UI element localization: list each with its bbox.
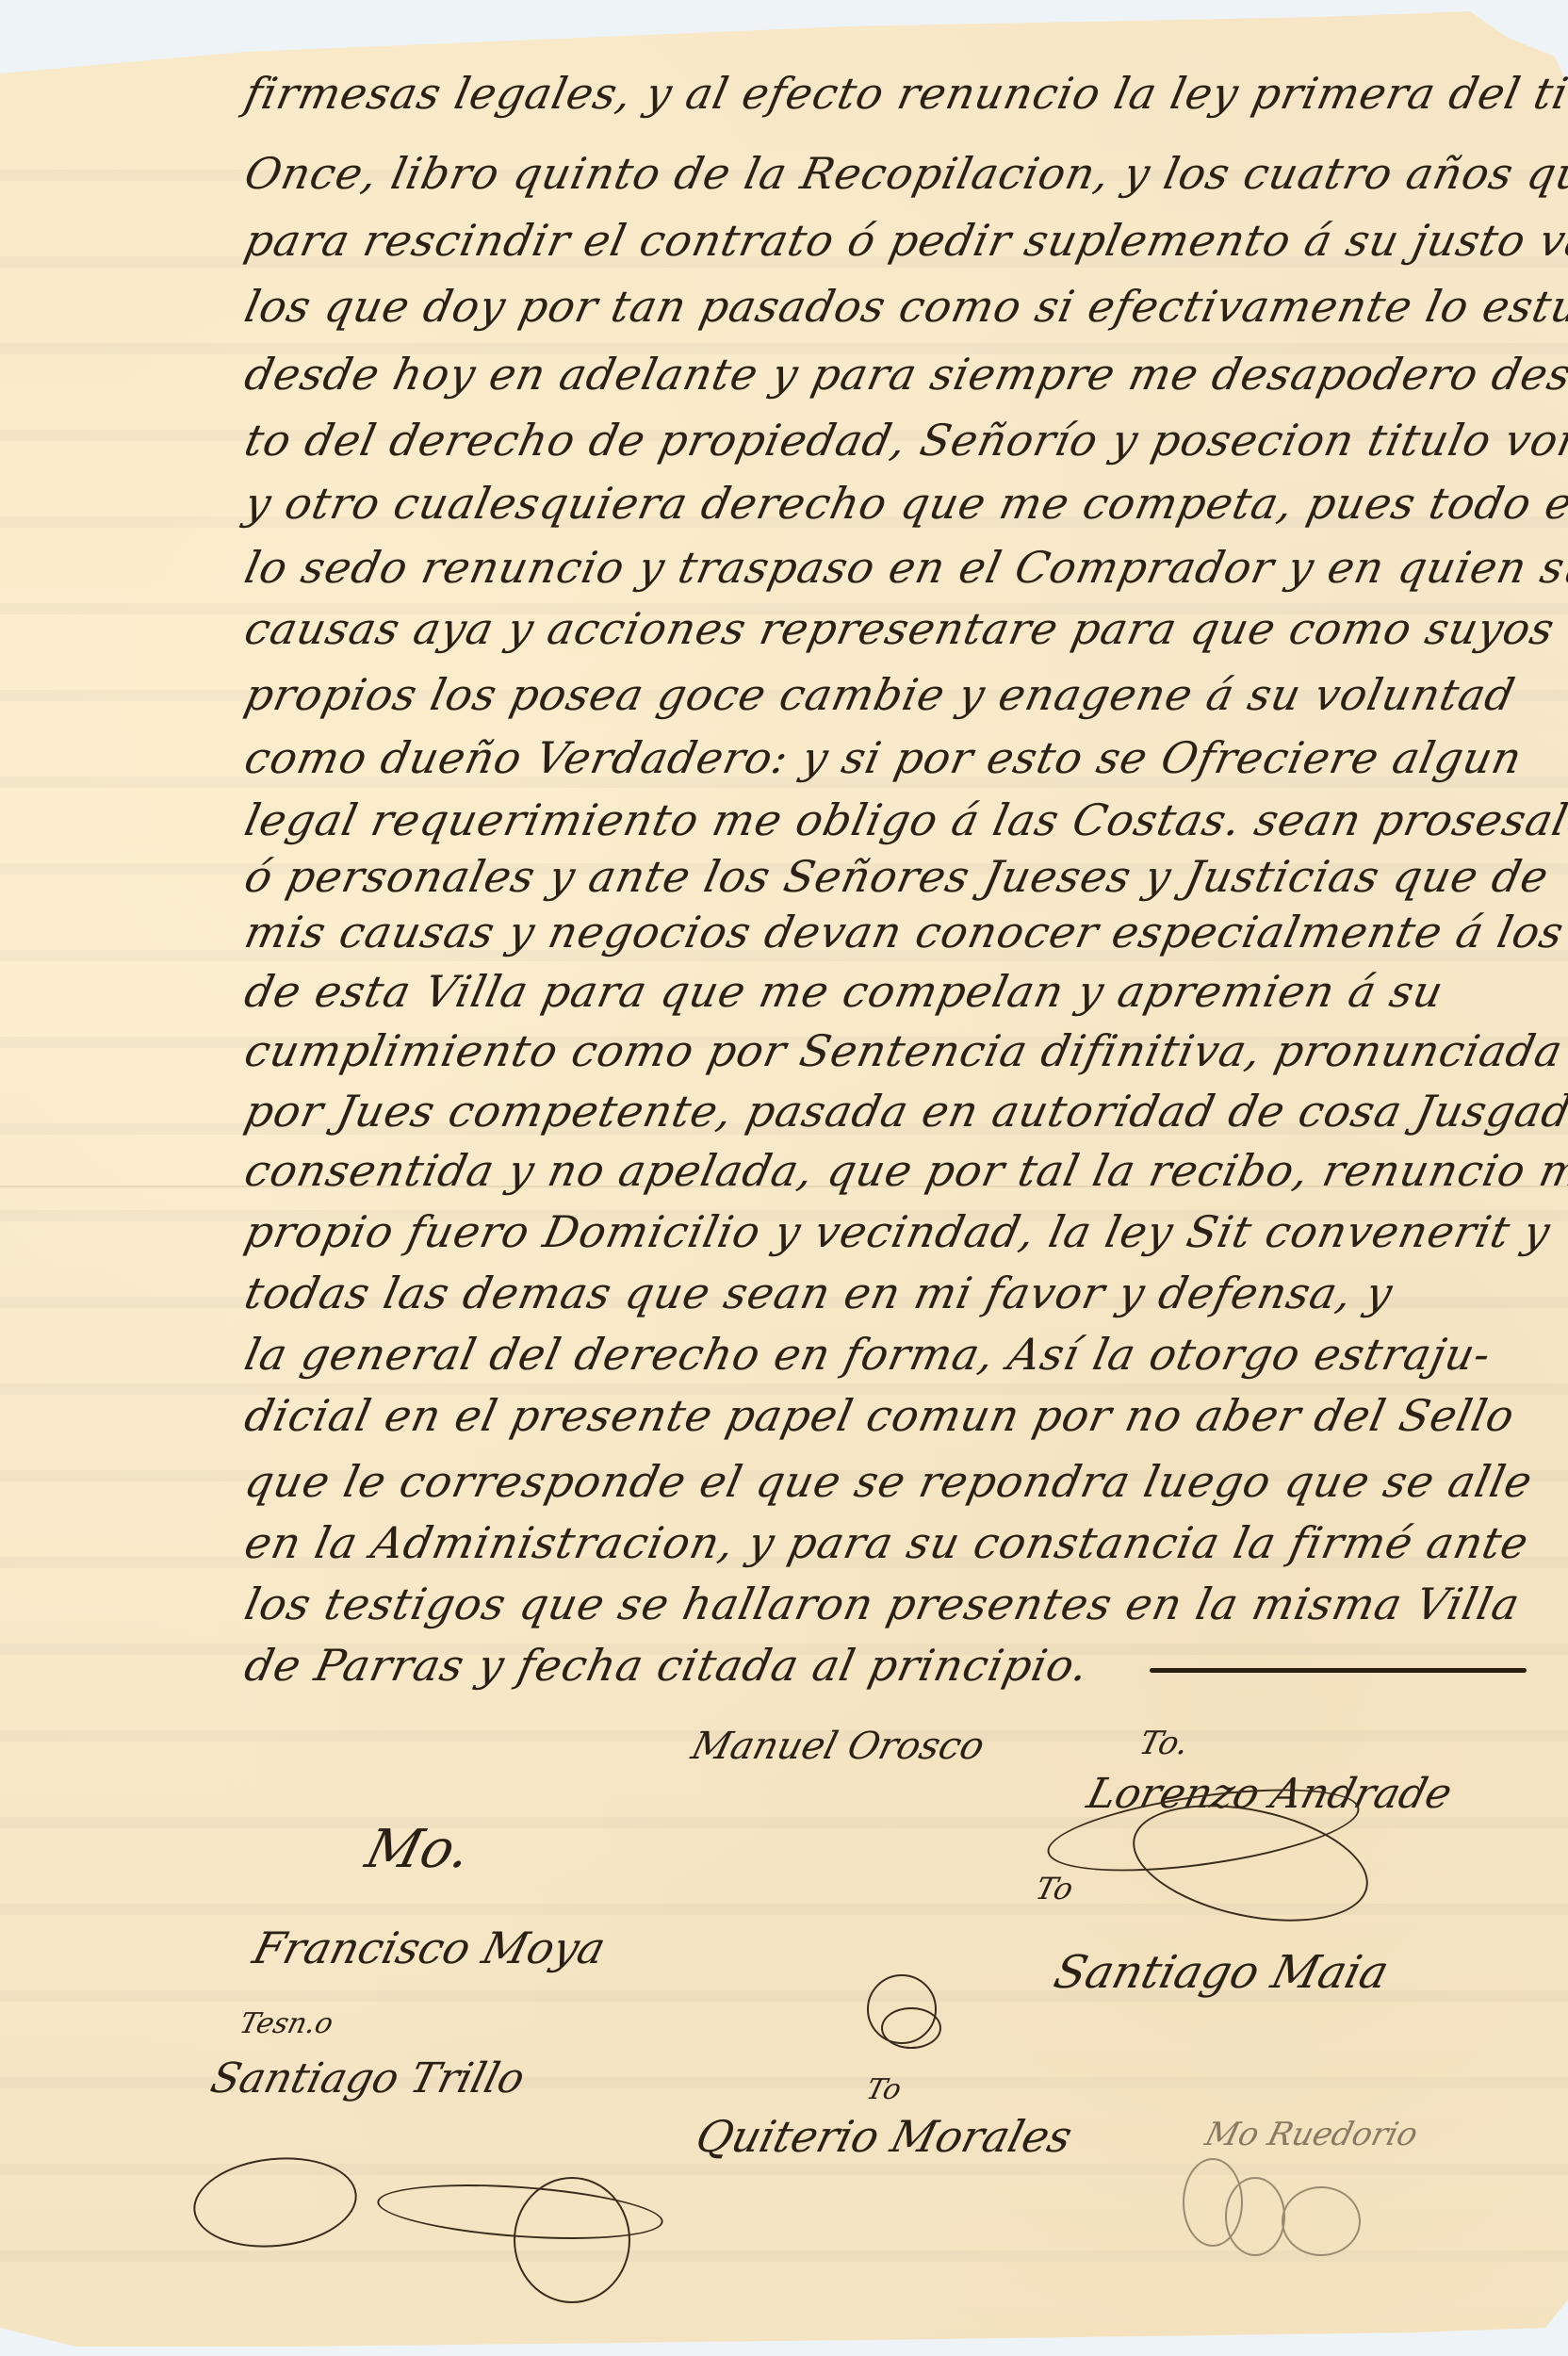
body-line: los que doy por tan pasados como si efec… <box>240 281 1568 332</box>
body-line: por Jues competente, pasada en autoridad… <box>240 1086 1568 1137</box>
body-line: todas las demas que sean en mi favor y d… <box>240 1268 1397 1318</box>
body-line: para rescindir el contrato ó pedir suple… <box>240 215 1568 266</box>
signature-prefix: Mo. <box>360 1819 477 1880</box>
body-line: propio fuero Domicilio y vecindad, la le… <box>240 1206 1555 1257</box>
signature-santiago-trillo: Santiago Trillo <box>206 2054 530 2102</box>
body-line: como dueño Verdadero: y si por esto se O… <box>240 732 1527 783</box>
body-line: cumplimiento como por Sentencia difiniti… <box>240 1025 1568 1076</box>
body-line: firmesas legales, y al efecto renuncio l… <box>240 68 1568 119</box>
signature-prefix: Tesn.o <box>237 2007 336 2040</box>
body-line: ó personales y ante los Señores Jueses y… <box>240 851 1554 902</box>
body-line: de Parras y fecha citada al principio. <box>240 1640 1094 1691</box>
closing-rule <box>1150 1668 1527 1673</box>
body-line: to del derecho de propiedad, Señorío y p… <box>240 415 1568 466</box>
signature-prefix: To. <box>1135 1725 1193 1762</box>
body-line: los testigos que se hallaron presentes e… <box>240 1579 1525 1629</box>
body-line: consentida y no apelada, que por tal la … <box>240 1145 1568 1196</box>
rubric-flourish <box>1225 2177 1285 2256</box>
body-line: legal requerimiento me obligo á las Cost… <box>240 794 1568 845</box>
body-line: lo sedo renuncio y traspaso en el Compra… <box>240 542 1568 593</box>
signature-manuel-orosco: Manuel Orosco <box>687 1725 988 1768</box>
body-line: causas aya y acciones representare para … <box>240 603 1560 654</box>
body-line: que le corresponde el que se repondra lu… <box>240 1456 1537 1507</box>
body-line: y otro cualesquiera derecho que me compe… <box>240 478 1568 529</box>
rubric-flourish <box>1282 2186 1361 2256</box>
body-line: propios los posea goce cambie y enagene … <box>240 669 1520 720</box>
body-line: de esta Villa para que me compelan y apr… <box>240 966 1448 1017</box>
body-line: dicial en el presente papel comun por no… <box>240 1390 1519 1441</box>
body-line: desde hoy en adelante y para siempre me … <box>240 349 1568 400</box>
signature-quiterio-morales: Quiterio Morales <box>691 2111 1077 2162</box>
body-line: mis causas y negocios devan conocer espe… <box>240 907 1568 957</box>
signature-santiago-maia: Santiago Maia <box>1049 1946 1394 1999</box>
signature-francisco-moya: Francisco Moya <box>248 1922 611 1973</box>
rubric-flourish <box>881 2007 941 2049</box>
body-line: en la Administracion, y para su constanc… <box>240 1517 1533 1568</box>
signature-witness-faint: Mo Ruedorio <box>1201 2116 1422 2153</box>
body-line: la general del derecho en forma, Así la … <box>240 1329 1495 1380</box>
body-line: Once, libro quinto de la Recopilacion, y… <box>240 148 1568 199</box>
